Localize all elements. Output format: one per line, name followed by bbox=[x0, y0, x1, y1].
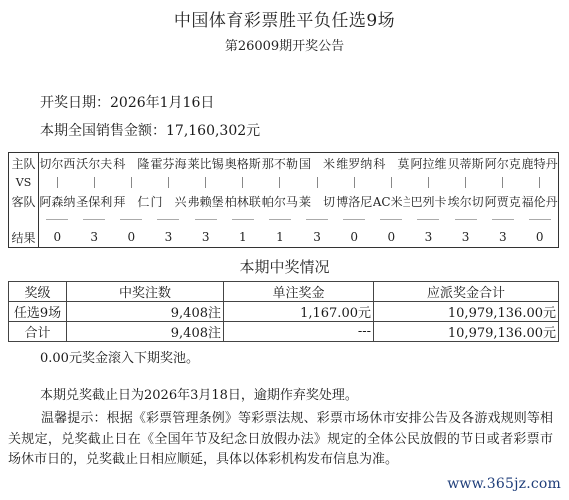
match-result: 1 bbox=[224, 227, 261, 248]
match-result: 3 bbox=[76, 227, 113, 248]
away-team: AC米兰 bbox=[373, 191, 410, 211]
vertical-bar-icon bbox=[242, 177, 243, 188]
match-result: 3 bbox=[298, 227, 335, 248]
dash-line-icon bbox=[120, 219, 142, 220]
dash-line-icon bbox=[529, 219, 551, 220]
away-team: 阿贾克 bbox=[484, 191, 521, 211]
vertical-bar-icon bbox=[428, 177, 429, 188]
home-team: 霍芬海 bbox=[150, 153, 187, 174]
dash-line-icon bbox=[269, 219, 291, 220]
deadline-note: 本期兑奖截止日为2026年3月18日，逾期作弃奖处理。 bbox=[40, 384, 358, 403]
dash-line-icon bbox=[492, 219, 514, 220]
vs-divider bbox=[336, 173, 373, 191]
home-team: 科 隆 bbox=[113, 153, 150, 174]
sales-total: 本期全国销售金额：17,160,302元 bbox=[40, 120, 260, 140]
home-team: 奥格斯 bbox=[224, 153, 261, 174]
dash-separator bbox=[484, 211, 521, 227]
vertical-bar-icon bbox=[539, 177, 540, 188]
dash-separator bbox=[261, 211, 298, 227]
away-team: 博洛尼 bbox=[336, 191, 373, 211]
prize-table: 奖级 中奖注数 单注奖金 应派奖金合计 任选9场 9,408注 1,167.00… bbox=[8, 281, 559, 342]
dash-line-icon bbox=[157, 219, 179, 220]
match-result: 0 bbox=[113, 227, 150, 248]
dash-separator bbox=[410, 211, 447, 227]
away-team: 弗赖堡 bbox=[187, 191, 224, 211]
col-header-per-bet: 单注奖金 bbox=[224, 282, 374, 302]
reminder-notice: 温馨提示：根据《彩票管理条例》等彩票法规、彩票市场休市安排公告及各游戏规则等相关… bbox=[8, 409, 553, 471]
home-team: 莱比锡 bbox=[187, 153, 224, 174]
home-team: 维罗纳 bbox=[336, 153, 373, 174]
vs-row: VS bbox=[9, 173, 559, 191]
issue-subtitle: 第26009期开奖公告 bbox=[0, 35, 569, 54]
vertical-bar-icon bbox=[502, 177, 503, 188]
dash-separator bbox=[224, 211, 261, 227]
vs-divider bbox=[113, 173, 150, 191]
dash-separator bbox=[150, 211, 187, 227]
home-label: 主队 bbox=[9, 153, 39, 174]
dash-separator bbox=[336, 211, 373, 227]
vs-divider bbox=[410, 173, 447, 191]
away-team: 莱 切 bbox=[298, 191, 335, 211]
draw-date: 开奖日期：2026年1月16日 bbox=[40, 92, 214, 112]
away-team: 埃尔切 bbox=[447, 191, 484, 211]
vs-divider bbox=[447, 173, 484, 191]
home-team: 国 米 bbox=[298, 153, 335, 174]
separator-row bbox=[9, 211, 559, 227]
prize-table-header: 奖级 中奖注数 单注奖金 应派奖金合计 bbox=[9, 282, 559, 302]
home-team: 那不勒 bbox=[261, 153, 298, 174]
home-team: 贝蒂斯 bbox=[447, 153, 484, 174]
away-team: 门 兴 bbox=[150, 191, 187, 211]
dash-line-icon bbox=[455, 219, 477, 220]
table-row: 合计 9,408注 --- 10,979,136.00元 bbox=[9, 322, 559, 342]
col-header-total: 应派奖金合计 bbox=[374, 282, 559, 302]
watermark-link[interactable]: www.365jz.com bbox=[447, 476, 561, 492]
vertical-bar-icon bbox=[57, 177, 58, 188]
dash-line-icon bbox=[232, 219, 254, 220]
vs-divider bbox=[261, 173, 298, 191]
vertical-bar-icon bbox=[94, 177, 95, 188]
vs-divider bbox=[187, 173, 224, 191]
result-row: 结果 03033113003330 bbox=[9, 227, 559, 248]
vs-divider bbox=[484, 173, 521, 191]
total-prize: 10,979,136.00元 bbox=[374, 302, 559, 322]
col-header-winners: 中奖注数 bbox=[67, 282, 224, 302]
away-team: 阿森纳 bbox=[39, 191, 76, 211]
away-team-row: 客队 阿森纳圣保利拜 仁门 兴弗赖堡柏林联帕尔马莱 切博洛尼AC米兰巴列卡埃尔切… bbox=[9, 191, 559, 211]
prize-section-title: 本期中奖情况 bbox=[0, 256, 569, 277]
dash-line-icon bbox=[306, 219, 328, 220]
per-bet-prize: --- bbox=[224, 322, 374, 342]
dash-line-icon bbox=[46, 219, 68, 220]
away-team: 帕尔马 bbox=[261, 191, 298, 211]
match-result: 3 bbox=[150, 227, 187, 248]
vs-divider bbox=[39, 173, 76, 191]
dash-line-icon bbox=[380, 219, 402, 220]
match-result: 0 bbox=[521, 227, 558, 248]
vertical-bar-icon bbox=[317, 177, 318, 188]
home-team-row: 主队 切尔西沃尔夫科 隆霍芬海莱比锡奥格斯那不勒国 米维罗纳科 莫阿拉维贝蒂斯阿… bbox=[9, 153, 559, 174]
dash-separator bbox=[298, 211, 335, 227]
vs-divider bbox=[150, 173, 187, 191]
away-team: 拜 仁 bbox=[113, 191, 150, 211]
match-result: 0 bbox=[39, 227, 76, 248]
vs-divider bbox=[521, 173, 558, 191]
vs-divider bbox=[76, 173, 113, 191]
dash-separator bbox=[521, 211, 558, 227]
home-team: 沃尔夫 bbox=[76, 153, 113, 174]
separator-label bbox=[9, 211, 39, 227]
home-team: 切尔西 bbox=[39, 153, 76, 174]
away-team: 福伦丹 bbox=[521, 191, 558, 211]
vertical-bar-icon bbox=[168, 177, 169, 188]
home-team: 阿尔克 bbox=[484, 153, 521, 174]
winner-count: 9,408注 bbox=[67, 302, 224, 322]
prize-level: 任选9场 bbox=[9, 302, 67, 322]
away-team: 巴列卡 bbox=[410, 191, 447, 211]
match-result: 0 bbox=[336, 227, 373, 248]
dash-line-icon bbox=[83, 219, 105, 220]
match-result: 3 bbox=[187, 227, 224, 248]
per-bet-prize: 1,167.00元 bbox=[224, 302, 374, 322]
announcement-title: 中国体育彩票胜平负任选9场 bbox=[0, 6, 569, 31]
home-team: 科 莫 bbox=[373, 153, 410, 174]
match-result: 3 bbox=[410, 227, 447, 248]
winner-count: 9,408注 bbox=[67, 322, 224, 342]
match-result: 3 bbox=[447, 227, 484, 248]
vs-divider bbox=[298, 173, 335, 191]
match-result: 3 bbox=[484, 227, 521, 248]
dash-line-icon bbox=[343, 219, 365, 220]
dash-separator bbox=[447, 211, 484, 227]
vs-label: VS bbox=[9, 173, 39, 191]
dash-line-icon bbox=[195, 219, 217, 220]
vertical-bar-icon bbox=[205, 177, 206, 188]
dash-separator bbox=[39, 211, 76, 227]
table-row: 任选9场 9,408注 1,167.00元 10,979,136.00元 bbox=[9, 302, 559, 322]
match-result: 1 bbox=[261, 227, 298, 248]
prize-level: 合计 bbox=[9, 322, 67, 342]
dash-separator bbox=[373, 211, 410, 227]
vs-divider bbox=[224, 173, 261, 191]
dash-line-icon bbox=[417, 219, 439, 220]
away-team: 圣保利 bbox=[76, 191, 113, 211]
col-header-level: 奖级 bbox=[9, 282, 67, 302]
dash-separator bbox=[76, 211, 113, 227]
vertical-bar-icon bbox=[131, 177, 132, 188]
vertical-bar-icon bbox=[279, 177, 280, 188]
dash-separator bbox=[113, 211, 150, 227]
matches-table: 主队 切尔西沃尔夫科 隆霍芬海莱比锡奥格斯那不勒国 米维罗纳科 莫阿拉维贝蒂斯阿… bbox=[8, 152, 559, 248]
home-team: 阿拉维 bbox=[410, 153, 447, 174]
match-result: 0 bbox=[373, 227, 410, 248]
result-label: 结果 bbox=[9, 227, 39, 248]
dash-separator bbox=[187, 211, 224, 227]
home-team: 鹿特丹 bbox=[521, 153, 558, 174]
away-team: 柏林联 bbox=[224, 191, 261, 211]
vertical-bar-icon bbox=[465, 177, 466, 188]
vs-divider bbox=[373, 173, 410, 191]
vertical-bar-icon bbox=[354, 177, 355, 188]
vertical-bar-icon bbox=[391, 177, 392, 188]
rollover-note: 0.00元奖金滚入下期奖池。 bbox=[40, 347, 199, 366]
total-prize: 10,979,136.00元 bbox=[374, 322, 559, 342]
away-label: 客队 bbox=[9, 191, 39, 211]
